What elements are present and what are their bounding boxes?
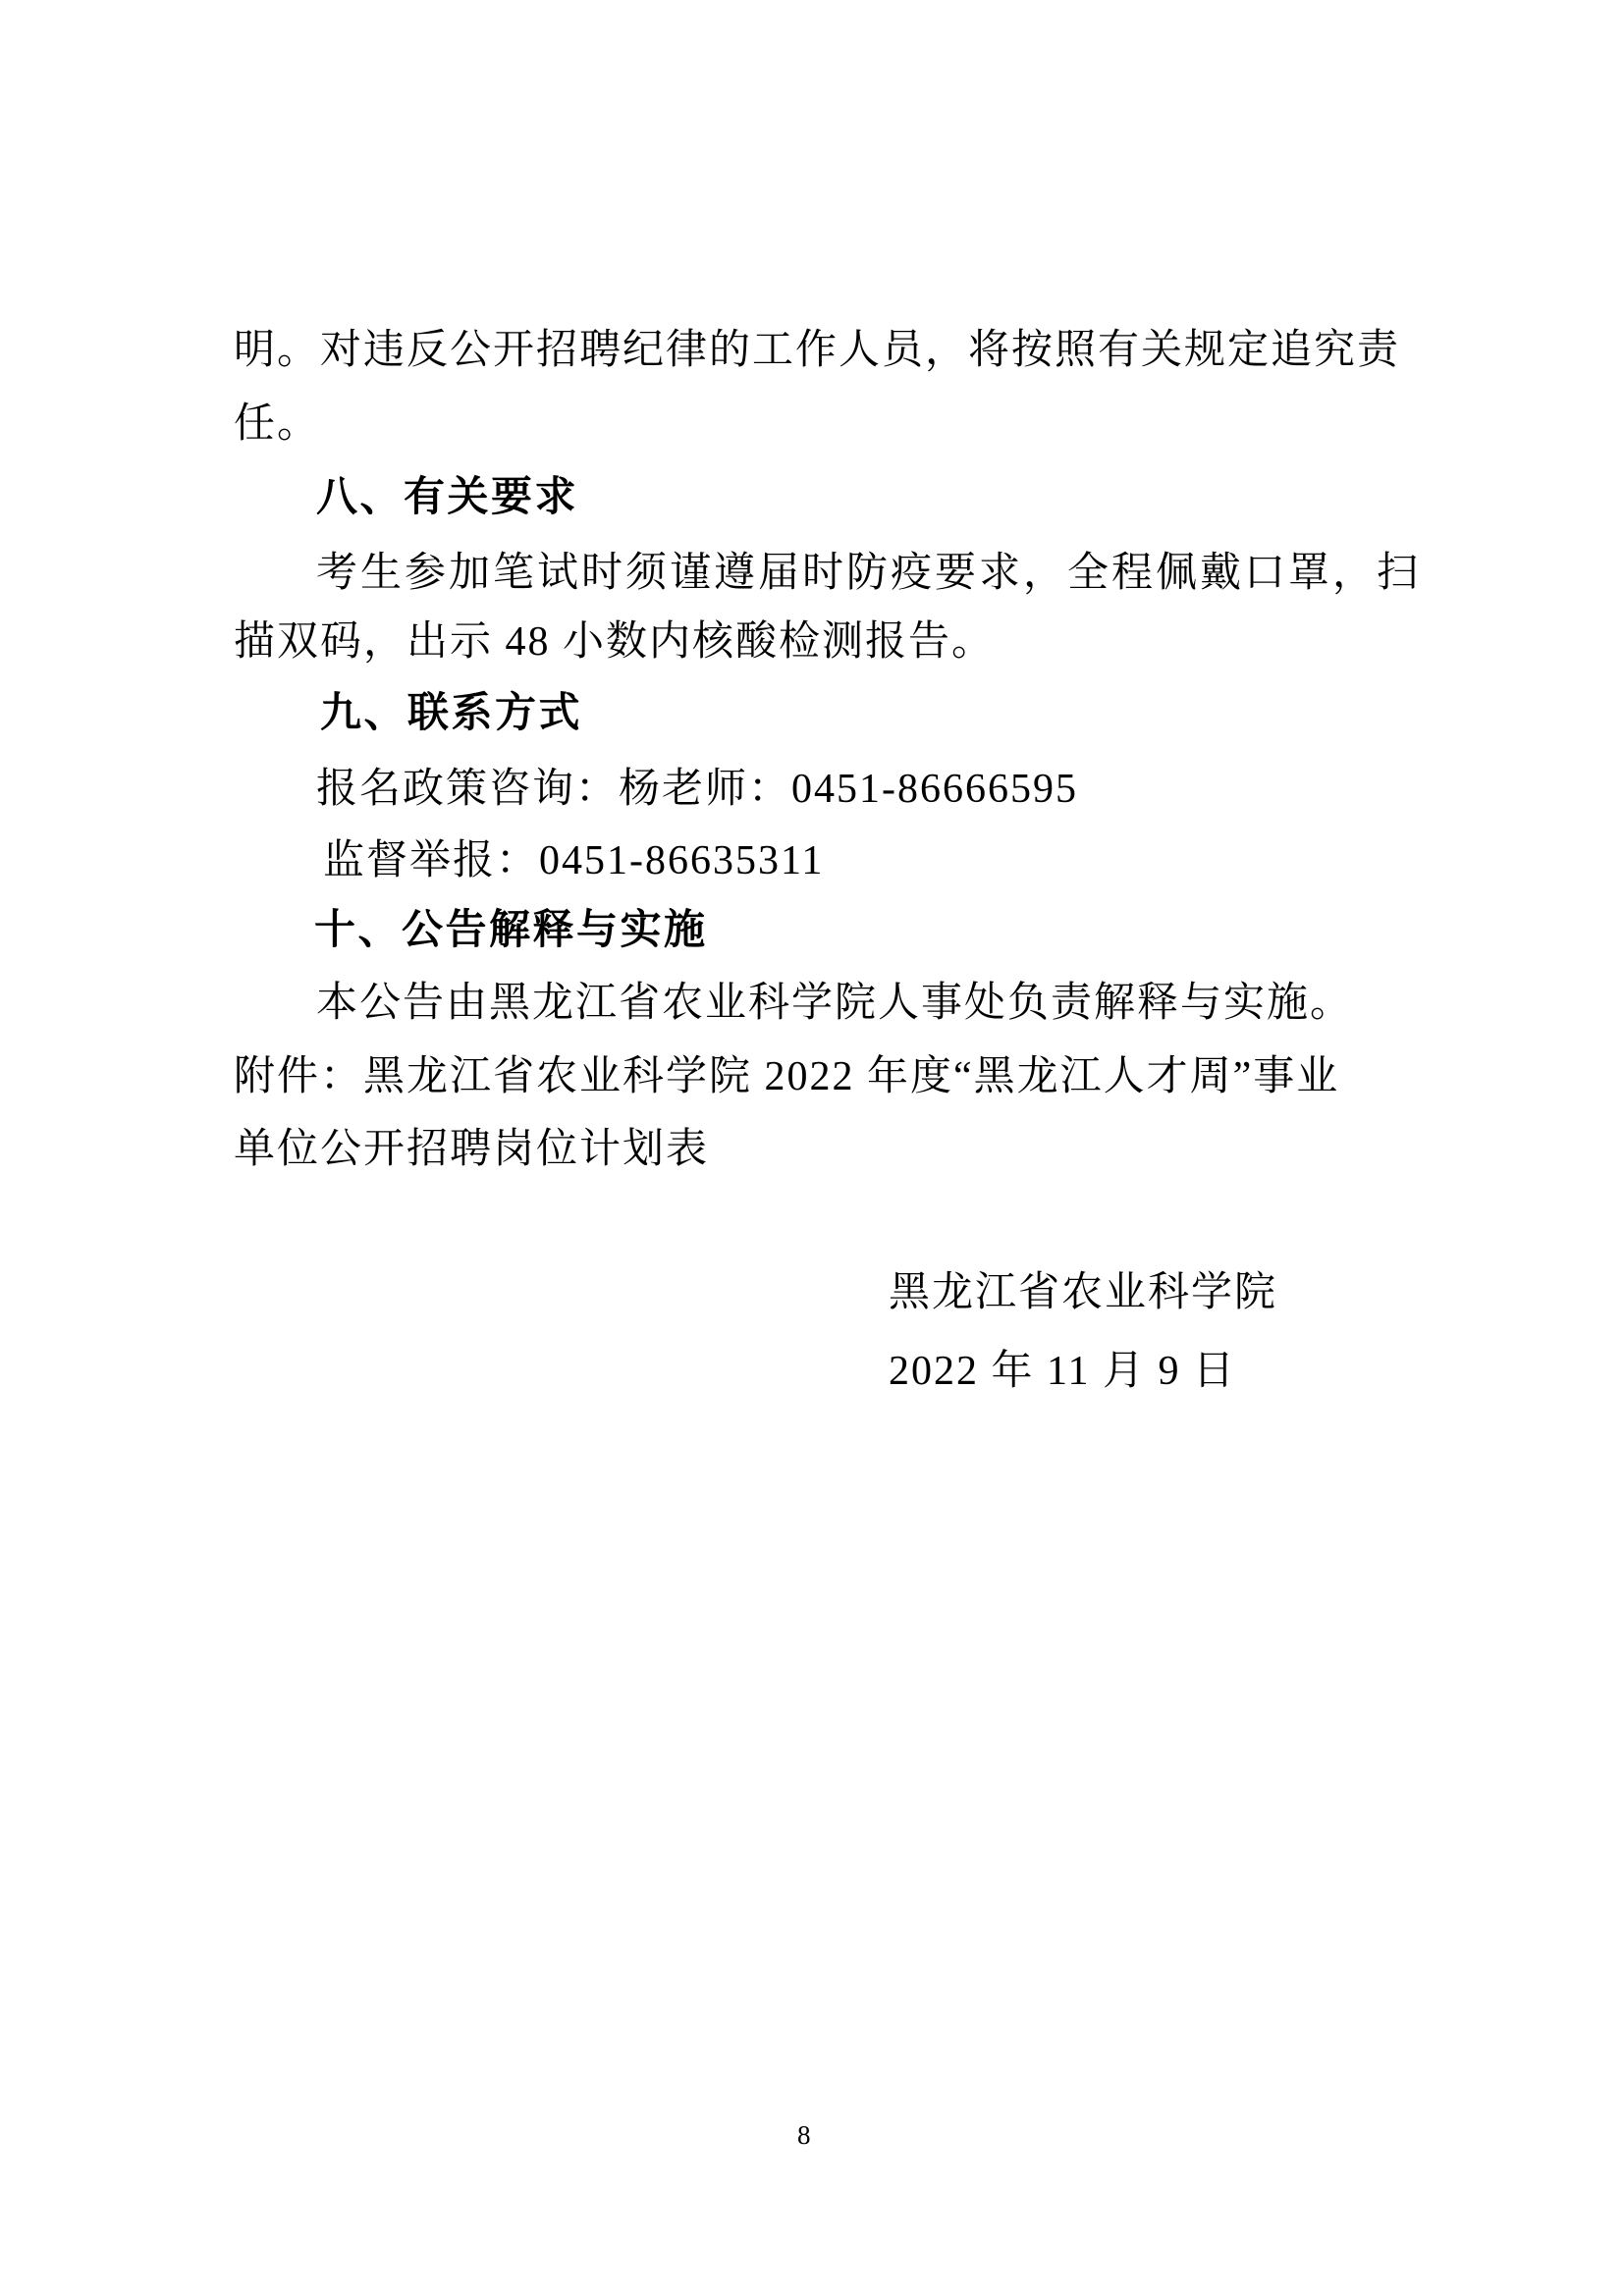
document-page: 明。对违反公开招聘纪律的工作人员，将按照有关规定追究责 任。 八、有关要求 考生… bbox=[0, 0, 1624, 2296]
continuation-line-2: 任。 bbox=[234, 400, 320, 449]
section-8-line-1: 考生参加笔试时须谨遵届时防疫要求，全程佩戴口罩，扫 bbox=[316, 549, 1421, 598]
section-8-line-2: 描双码，出示 48 小数内核酸检测报告。 bbox=[234, 617, 995, 667]
page-number: 8 bbox=[797, 2120, 811, 2150]
section-10-heading: 十、公告解释与实施 bbox=[314, 905, 708, 954]
section-9-heading: 九、联系方式 bbox=[320, 688, 582, 737]
section-9-contact-line-1: 报名政策咨询：杨老师：0451-86666595 bbox=[316, 765, 1078, 814]
attachment-line-1: 附件：黑龙江省农业科学院 2022 年度“黑龙江人才周”事业 bbox=[234, 1052, 1339, 1101]
section-10-line-1: 本公告由黑龙江省农业科学院人事处负责解释与实施。 bbox=[316, 979, 1353, 1028]
section-8-heading: 八、有关要求 bbox=[316, 472, 578, 521]
signature-date: 2022 年 11 月 9 日 bbox=[889, 1347, 1236, 1396]
signature-organization: 黑龙江省农业科学院 bbox=[889, 1268, 1277, 1317]
continuation-line-1: 明。对违反公开招聘纪律的工作人员，将按照有关规定追究责 bbox=[234, 326, 1400, 375]
section-9-contact-line-2: 监督举报：0451-86635311 bbox=[323, 836, 824, 885]
attachment-line-2: 单位公开招聘岗位计划表 bbox=[234, 1125, 709, 1174]
